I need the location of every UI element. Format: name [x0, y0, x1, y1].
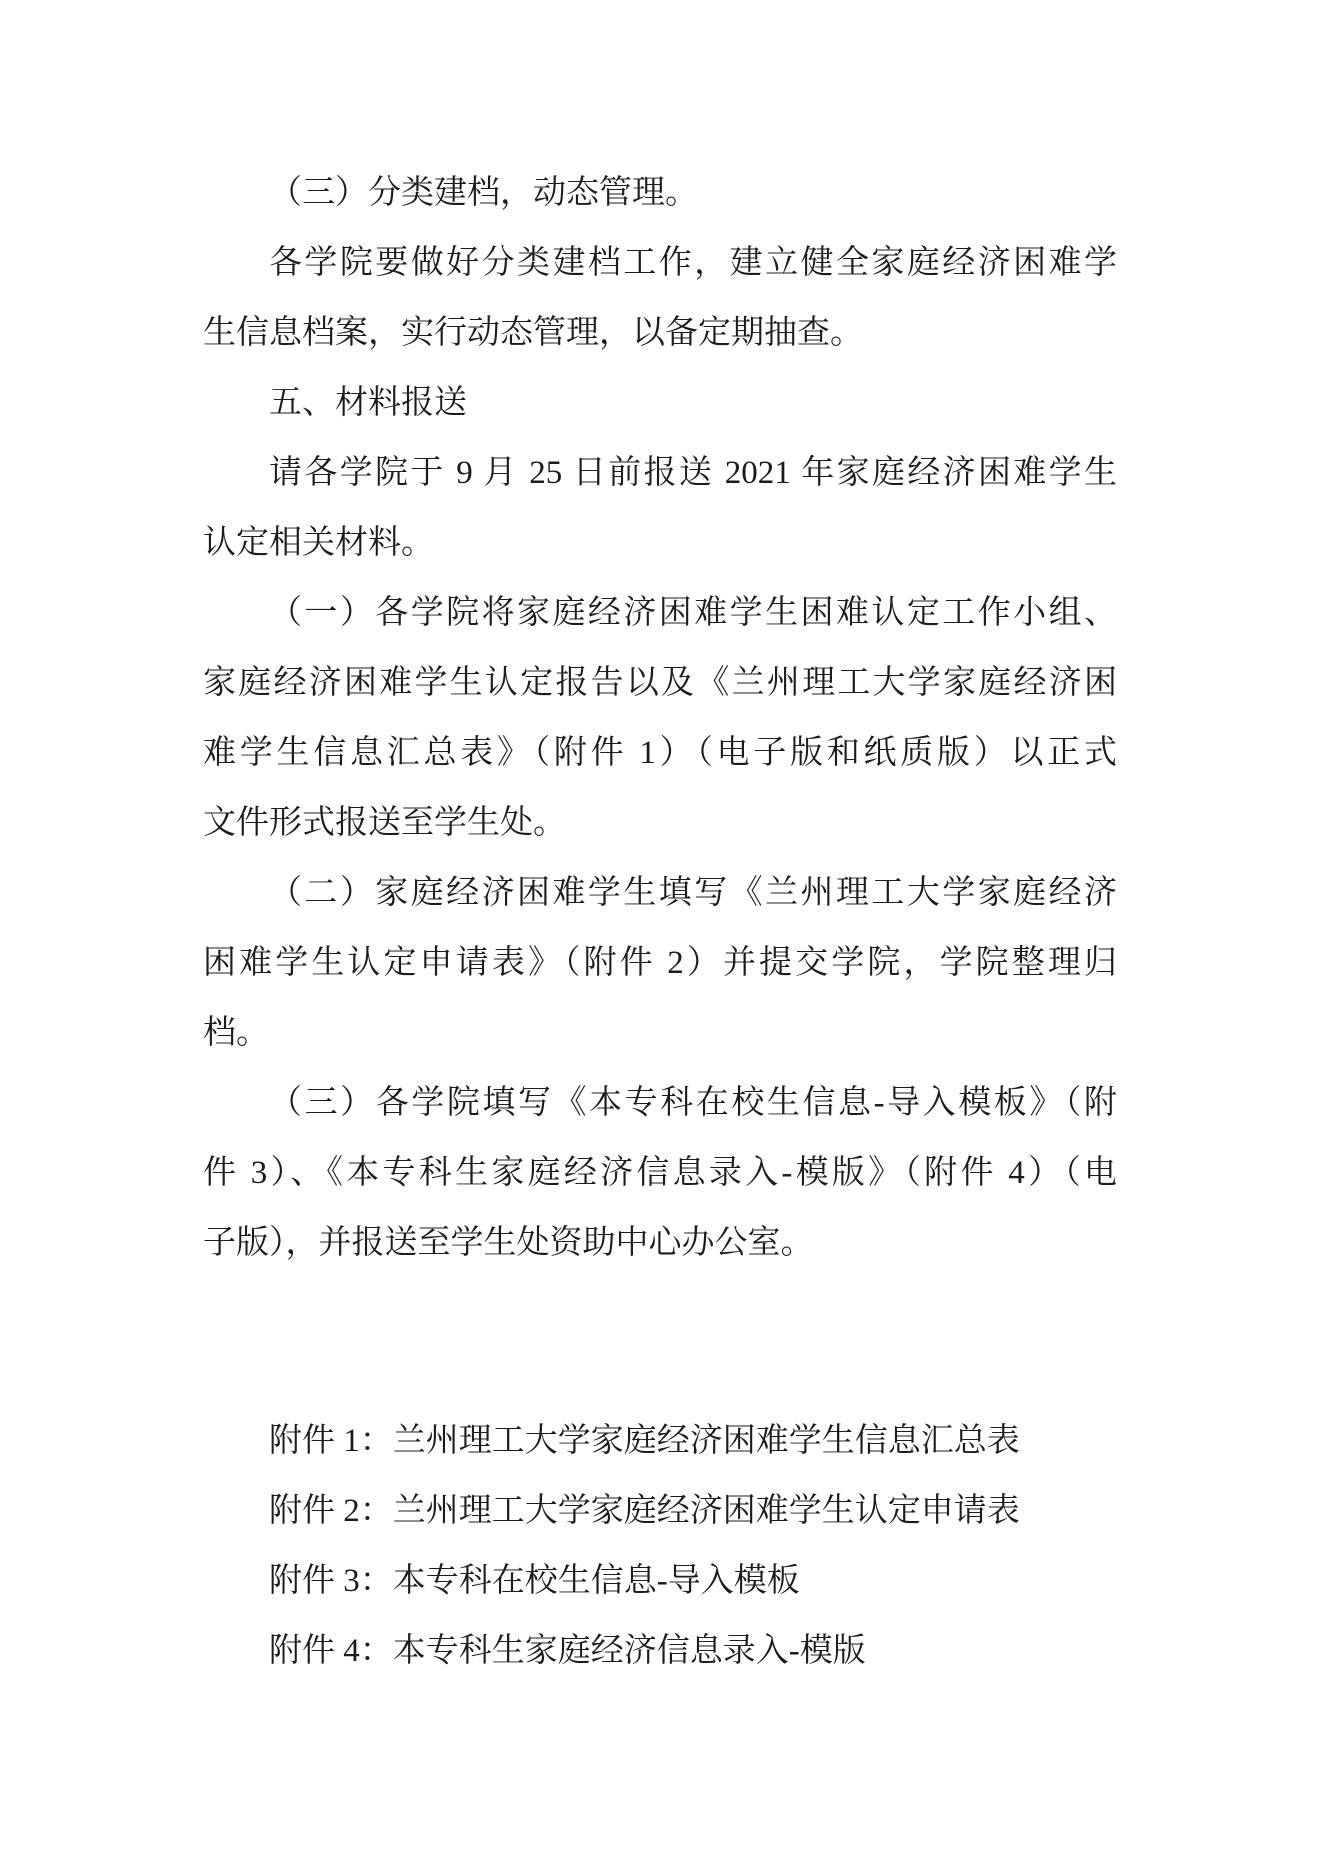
- paragraph-line: （三）各学院填写《本专科在校生信息-导入模板》（附: [203, 1068, 1117, 1138]
- attachment-item: 附件 1：兰州理工大学家庭经济困难学生信息汇总表: [203, 1406, 1117, 1476]
- paragraph-line: 请各学院于 9 月 25 日前报送 2021 年家庭经济困难学生: [203, 438, 1117, 508]
- document-page: （三）分类建档，动态管理。 各学院要做好分类建档工作，建立健全家庭经济困难学 生…: [0, 0, 1323, 1871]
- paragraph-line: 件 3）、《本专科生家庭经济信息录入-模版》（附件 4）（电: [203, 1138, 1117, 1208]
- paragraph-line: （三）分类建档，动态管理。: [203, 158, 1117, 228]
- paragraph-line: （一）各学院将家庭经济困难学生困难认定工作小组、: [203, 578, 1117, 648]
- paragraph-line: 认定相关材料。: [203, 508, 1117, 578]
- attachment-item: 附件 3：本专科在校生信息-导入模板: [203, 1546, 1117, 1616]
- paragraph-line: 家庭经济困难学生认定报告以及《兰州理工大学家庭经济困: [203, 648, 1117, 718]
- attachment-item: 附件 2：兰州理工大学家庭经济困难学生认定申请表: [203, 1476, 1117, 1546]
- paragraph-line: 文件形式报送至学生处。: [203, 788, 1117, 858]
- paragraph-line: 困难学生认定申请表》（附件 2）并提交学院，学院整理归: [203, 928, 1117, 998]
- document-text-block: （三）分类建档，动态管理。 各学院要做好分类建档工作，建立健全家庭经济困难学 生…: [203, 158, 1117, 1686]
- attachment-list: 附件 1：兰州理工大学家庭经济困难学生信息汇总表 附件 2：兰州理工大学家庭经济…: [203, 1406, 1117, 1686]
- attachment-item: 附件 4：本专科生家庭经济信息录入-模版: [203, 1616, 1117, 1686]
- paragraph-line: 子版），并报送至学生处资助中心办公室。: [203, 1208, 1117, 1278]
- paragraph-line: （二）家庭经济困难学生填写《兰州理工大学家庭经济: [203, 858, 1117, 928]
- paragraph-line: 各学院要做好分类建档工作，建立健全家庭经济困难学: [203, 228, 1117, 298]
- document-body: （三）分类建档，动态管理。 各学院要做好分类建档工作，建立健全家庭经济困难学 生…: [203, 158, 1117, 1278]
- section-heading-line: 五、材料报送: [203, 368, 1117, 438]
- paragraph-line: 生信息档案，实行动态管理，以备定期抽查。: [203, 298, 1117, 368]
- paragraph-line: 档。: [203, 998, 1117, 1068]
- paragraph-line: 难学生信息汇总表》（附件 1）（电子版和纸质版）以正式: [203, 718, 1117, 788]
